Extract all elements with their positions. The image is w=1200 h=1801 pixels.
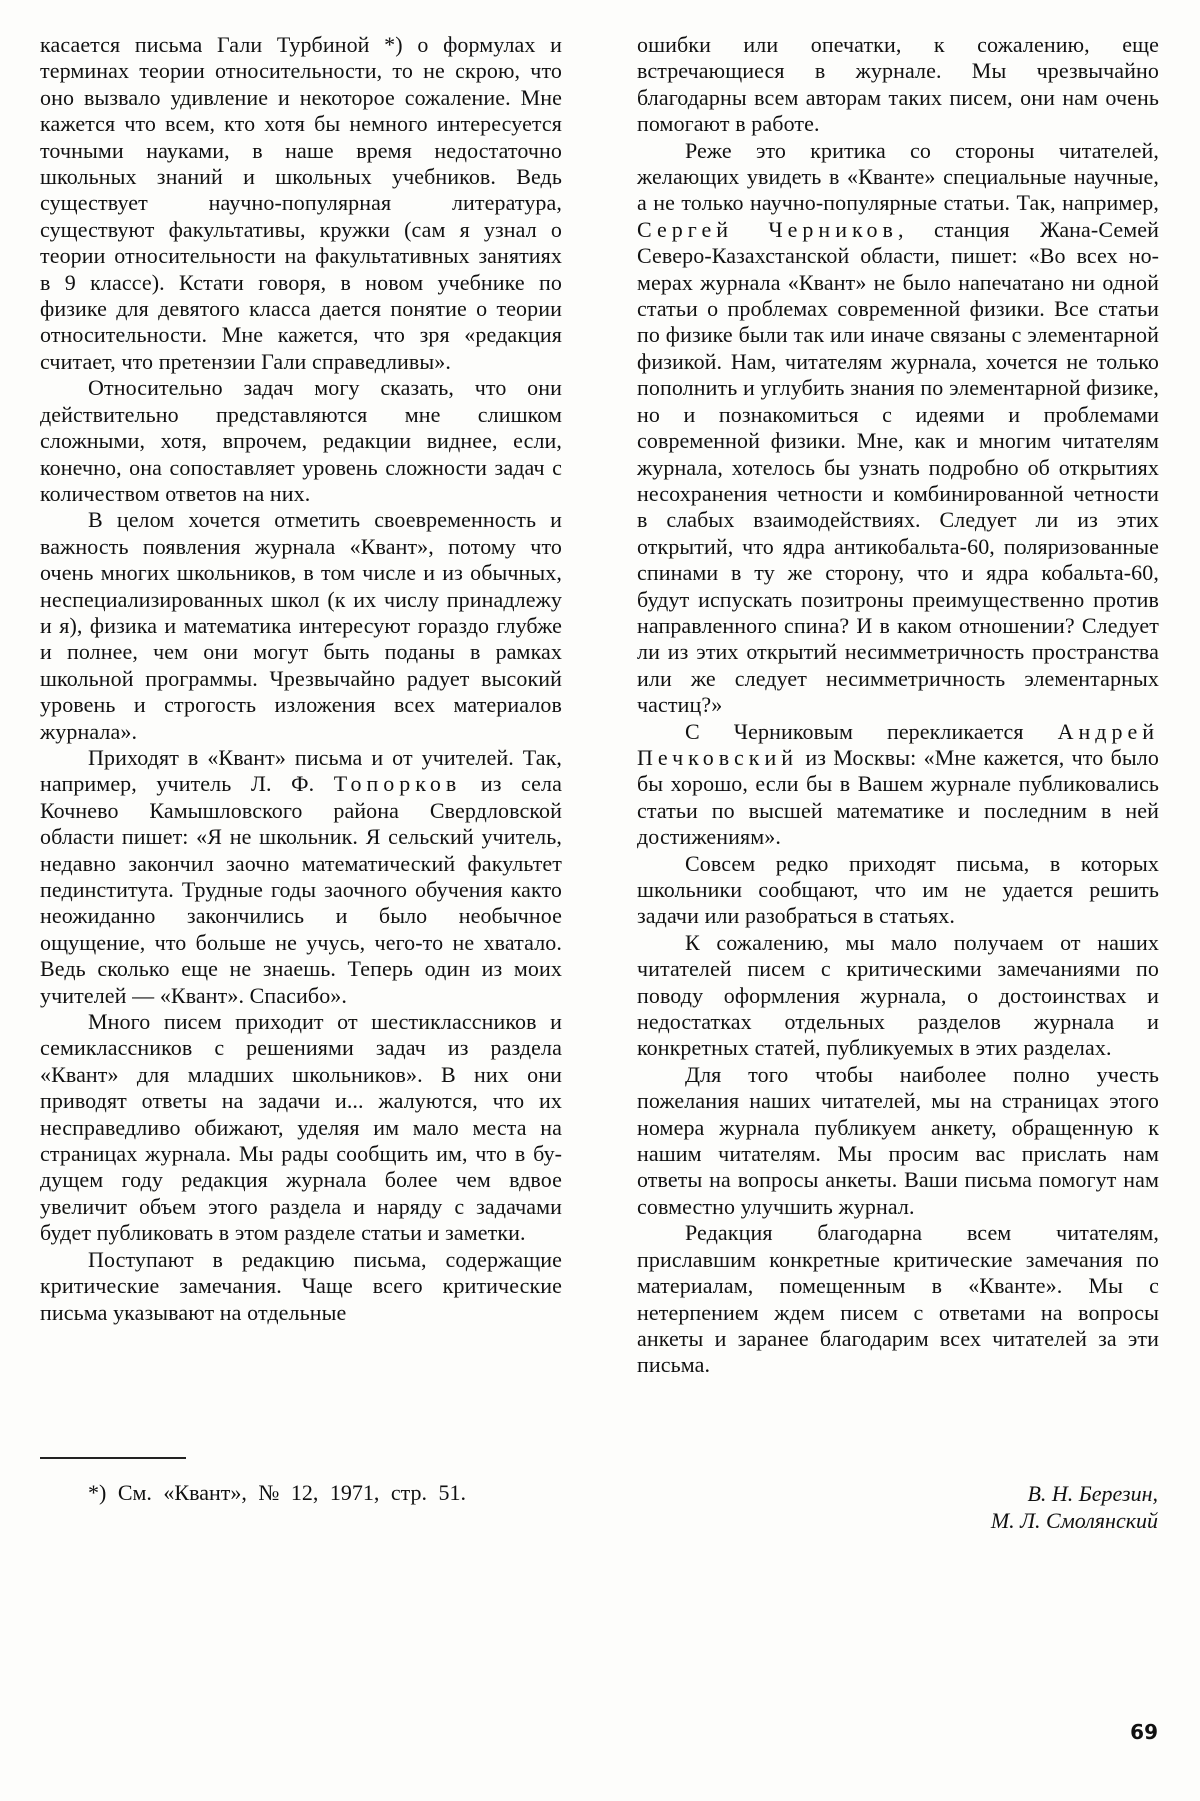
page-number: 69 (1130, 1720, 1158, 1744)
spaced-name: Сергей Черников (637, 217, 898, 242)
paragraph: В целом хочется отметить своевремен­ност… (40, 507, 562, 745)
paragraph: Много писем приходит от шестиклас­сников… (40, 1009, 562, 1247)
left-column: касается письма Гали Турбиной *) о форму… (40, 32, 562, 1326)
paragraph: Для того чтобы наиболее полно учесть пож… (637, 1062, 1159, 1220)
paragraph: касается письма Гали Турбиной *) о форму… (40, 32, 562, 375)
paragraph: Реже это критика со стороны читателей, ж… (637, 138, 1159, 719)
footnote: *) См. «Квант», № 12, 1971, стр. 51. (88, 1480, 562, 1506)
paragraph: Относительно задач могу сказать, что они… (40, 375, 562, 507)
spaced-name: Топорков (334, 771, 462, 796)
paragraph-text: , станция Жана-Семей Северо-Ка­захстанск… (637, 217, 1159, 717)
paragraph: К сожалению, мы мало получаем от на­ших … (637, 930, 1159, 1062)
signature: В. Н. Березин, М. Л. Смолянский (991, 1480, 1158, 1534)
paragraph: Приходят в «Квант» письма и от учителей.… (40, 745, 562, 1009)
paragraph: Совсем редко приходят письма, в которых … (637, 851, 1159, 930)
paragraph: Редакция благодарна всем читателям, прис… (637, 1220, 1159, 1378)
footnote-divider (40, 1457, 186, 1459)
paragraph-text: из села Кочнево Камышловского райо­на Св… (40, 771, 562, 1007)
right-column: ошибки или опечатки, к сожалению, еще вс… (637, 32, 1159, 1379)
signature-author-1: В. Н. Березин, (991, 1480, 1158, 1507)
paragraph-text: С Черниковым перекликается (685, 719, 1058, 744)
paragraph-text: Реже это критика со стороны читателей, ж… (637, 138, 1159, 216)
paragraph: С Черниковым перекликается Андрей Печков… (637, 719, 1159, 851)
paragraph: ошибки или опечатки, к сожалению, еще вс… (637, 32, 1159, 138)
paragraph: Поступают в редакцию письма, содержа­щие… (40, 1247, 562, 1326)
signature-author-2: М. Л. Смолянский (991, 1507, 1158, 1534)
